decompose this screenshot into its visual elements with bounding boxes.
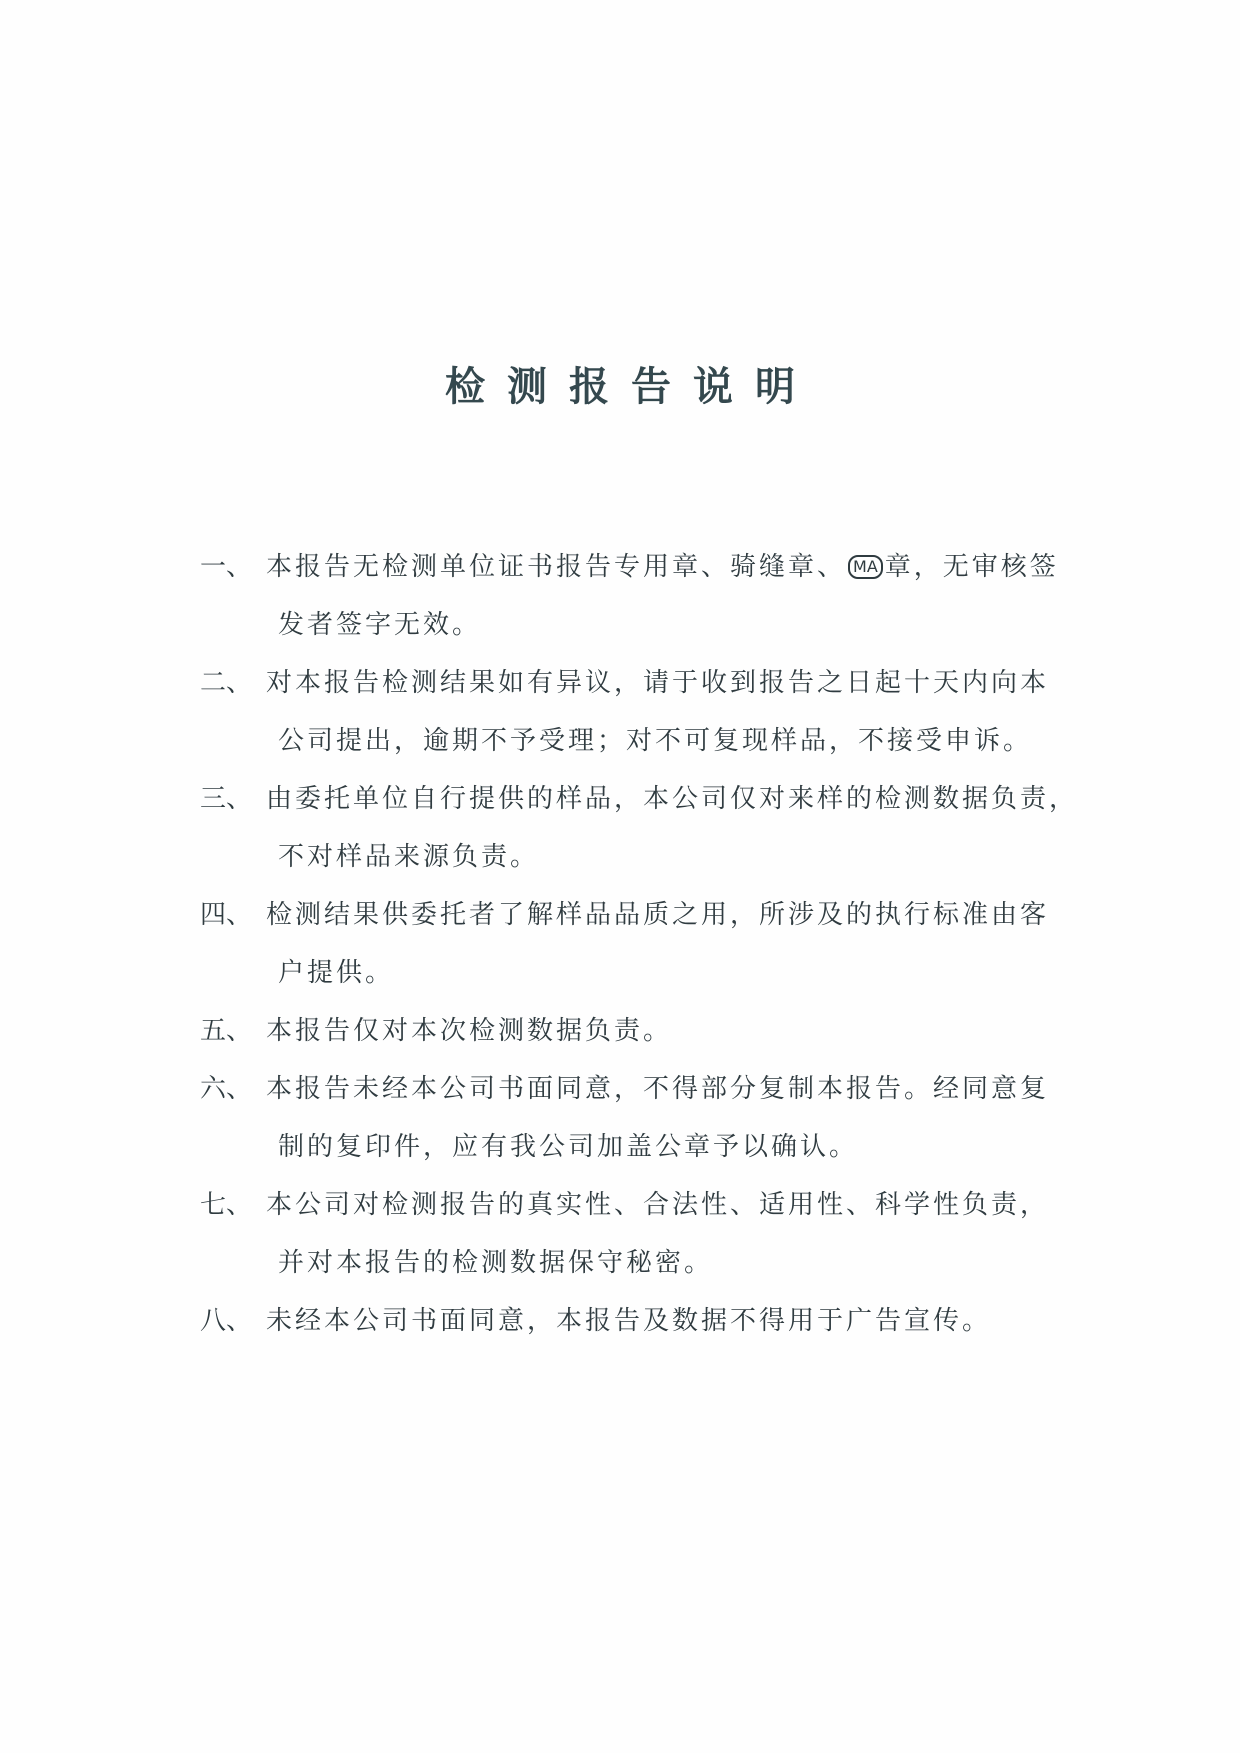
item-number: 五、 (200, 1002, 266, 1060)
item-number: 三、 (200, 770, 266, 828)
item-text-line: 本公司对检测报告的真实性、合法性、适用性、科学性负责， (200, 1176, 1080, 1234)
item-text-line: 本报告无检测单位证书报告专用章、骑缝章、MA章，无审核签 (200, 538, 1080, 596)
cma-seal-icon: MA (848, 555, 883, 579)
list-item: 七、 本公司对检测报告的真实性、合法性、适用性、科学性负责， 并对本报告的检测数… (200, 1176, 1080, 1292)
item-number: 六、 (200, 1060, 266, 1118)
item-number: 八、 (200, 1292, 266, 1350)
list-item: 五、 本报告仅对本次检测数据负责。 (200, 1002, 1080, 1060)
item-number: 四、 (200, 886, 266, 944)
item-text-line: 由委托单位自行提供的样品，本公司仅对来样的检测数据负责， (200, 770, 1080, 828)
item-text-line: 本报告未经本公司书面同意，不得部分复制本报告。经同意复 (200, 1060, 1080, 1118)
item-text-line: 未经本公司书面同意，本报告及数据不得用于广告宣传。 (200, 1292, 1080, 1350)
item-text-line: 对本报告检测结果如有异议，请于收到报告之日起十天内向本 (200, 654, 1080, 712)
list-item: 六、 本报告未经本公司书面同意，不得部分复制本报告。经同意复 制的复印件，应有我… (200, 1060, 1080, 1176)
notice-list: 一、 本报告无检测单位证书报告专用章、骑缝章、MA章，无审核签 发者签字无效。 … (200, 538, 1080, 1350)
list-item: 八、 未经本公司书面同意，本报告及数据不得用于广告宣传。 (200, 1292, 1080, 1350)
item-text-segment: 本报告无检测单位证书报告专用章、骑缝章、 (266, 552, 846, 582)
item-text-line: 不对样品来源负责。 (200, 828, 1080, 886)
item-text-line: 户提供。 (200, 944, 1080, 1002)
list-item: 二、 对本报告检测结果如有异议，请于收到报告之日起十天内向本 公司提出，逾期不予… (200, 654, 1080, 770)
list-item: 四、 检测结果供委托者了解样品品质之用，所涉及的执行标准由客 户提供。 (200, 886, 1080, 1002)
item-number: 七、 (200, 1176, 266, 1234)
item-text-line: 公司提出，逾期不予受理；对不可复现样品，不接受申诉。 (200, 712, 1080, 770)
item-text-line: 并对本报告的检测数据保守秘密。 (200, 1234, 1080, 1292)
item-number: 一、 (200, 538, 266, 596)
page-title: 检测报告说明 (0, 355, 1240, 412)
item-text-segment: 章，无审核签 (885, 552, 1059, 582)
item-number: 二、 (200, 654, 266, 712)
list-item: 一、 本报告无检测单位证书报告专用章、骑缝章、MA章，无审核签 发者签字无效。 (200, 538, 1080, 654)
item-text-line: 本报告仅对本次检测数据负责。 (200, 1002, 1080, 1060)
item-text-line: 检测结果供委托者了解样品品质之用，所涉及的执行标准由客 (200, 886, 1080, 944)
item-text-line: 发者签字无效。 (200, 596, 1080, 654)
item-text-line: 制的复印件，应有我公司加盖公章予以确认。 (200, 1118, 1080, 1176)
list-item: 三、 由委托单位自行提供的样品，本公司仅对来样的检测数据负责， 不对样品来源负责… (200, 770, 1080, 886)
document-page: 检测报告说明 一、 本报告无检测单位证书报告专用章、骑缝章、MA章，无审核签 发… (0, 0, 1240, 1753)
